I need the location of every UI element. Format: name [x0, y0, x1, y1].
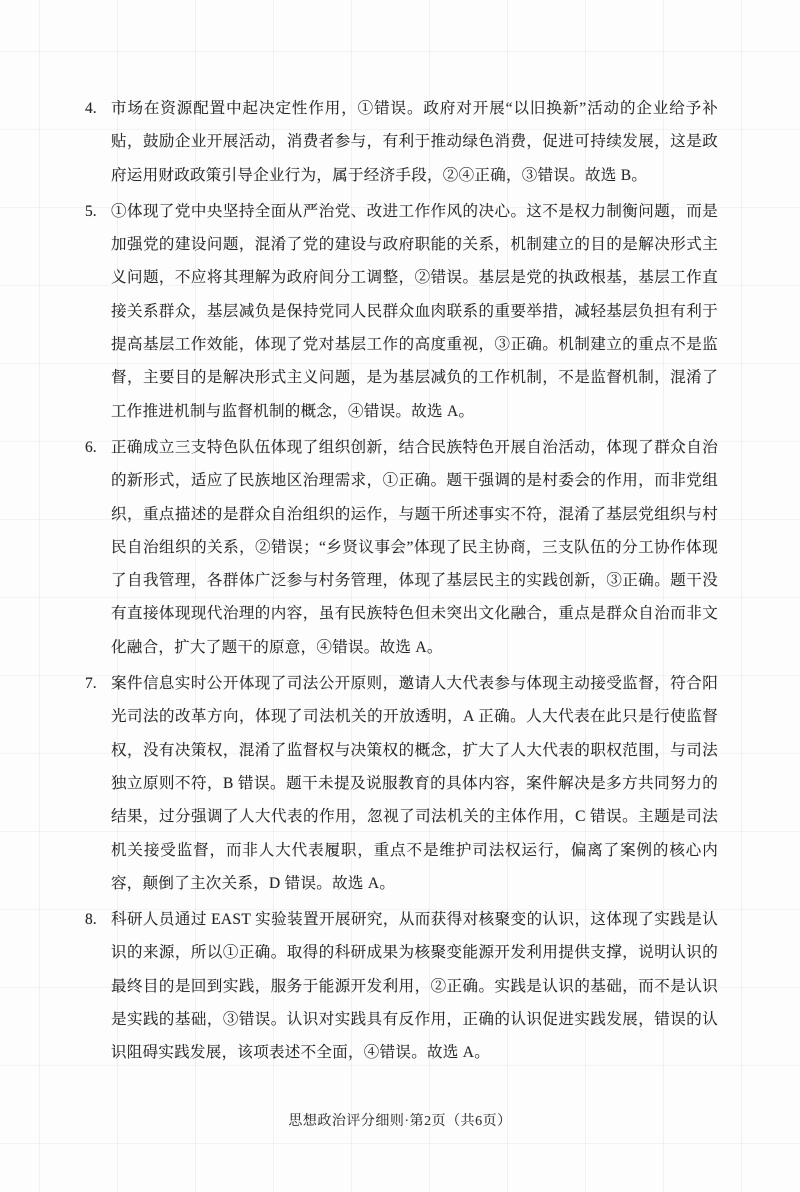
answer-item-4: 4. 市场在资源配置中起决定性作用，①错误。政府对开展“以旧换新”活动的企业给予…	[85, 92, 718, 192]
item-number: 7.	[85, 667, 97, 700]
item-number: 4.	[85, 92, 97, 125]
document-page: 4. 市场在资源配置中起决定性作用，①错误。政府对开展“以旧换新”活动的企业给予…	[0, 0, 800, 1192]
item-text: 正确成立三支特色队伍体现了组织创新，结合民族特色开展自治活动，体现了群众自治的新…	[111, 439, 718, 656]
answer-item-8: 8. 科研人员通过 EAST 实验装置开展研究，从而获得对核聚变的认识，这体现了…	[85, 903, 718, 1069]
item-number: 8.	[85, 903, 97, 936]
item-text: 市场在资源配置中起决定性作用，①错误。政府对开展“以旧换新”活动的企业给予补贴，…	[111, 100, 718, 184]
item-text: 科研人员通过 EAST 实验装置开展研究，从而获得对核聚变的认识，这体现了实践是…	[111, 911, 718, 1061]
item-number: 5.	[85, 195, 97, 228]
item-text: ①体现了党中央坚持全面从严治党、改进工作作风的决心。这不是权力制衡问题，而是加强…	[111, 203, 718, 420]
item-text: 案件信息实时公开体现了司法公开原则，邀请人大代表参与体现主动接受监督，符合阳光司…	[111, 675, 718, 892]
answer-explanations: 4. 市场在资源配置中起决定性作用，①错误。政府对开展“以旧换新”活动的企业给予…	[85, 92, 718, 1073]
answer-item-6: 6. 正确成立三支特色队伍体现了组织创新，结合民族特色开展自治活动，体现了群众自…	[85, 431, 718, 664]
item-number: 6.	[85, 431, 97, 464]
answer-item-5: 5. ①体现了党中央坚持全面从严治党、改进工作作风的决心。这不是权力制衡问题，而…	[85, 195, 718, 428]
page-footer: 思想政治评分细则·第2页（共6页）	[0, 1112, 800, 1132]
answer-item-7: 7. 案件信息实时公开体现了司法公开原则，邀请人大代表参与体现主动接受监督，符合…	[85, 667, 718, 900]
